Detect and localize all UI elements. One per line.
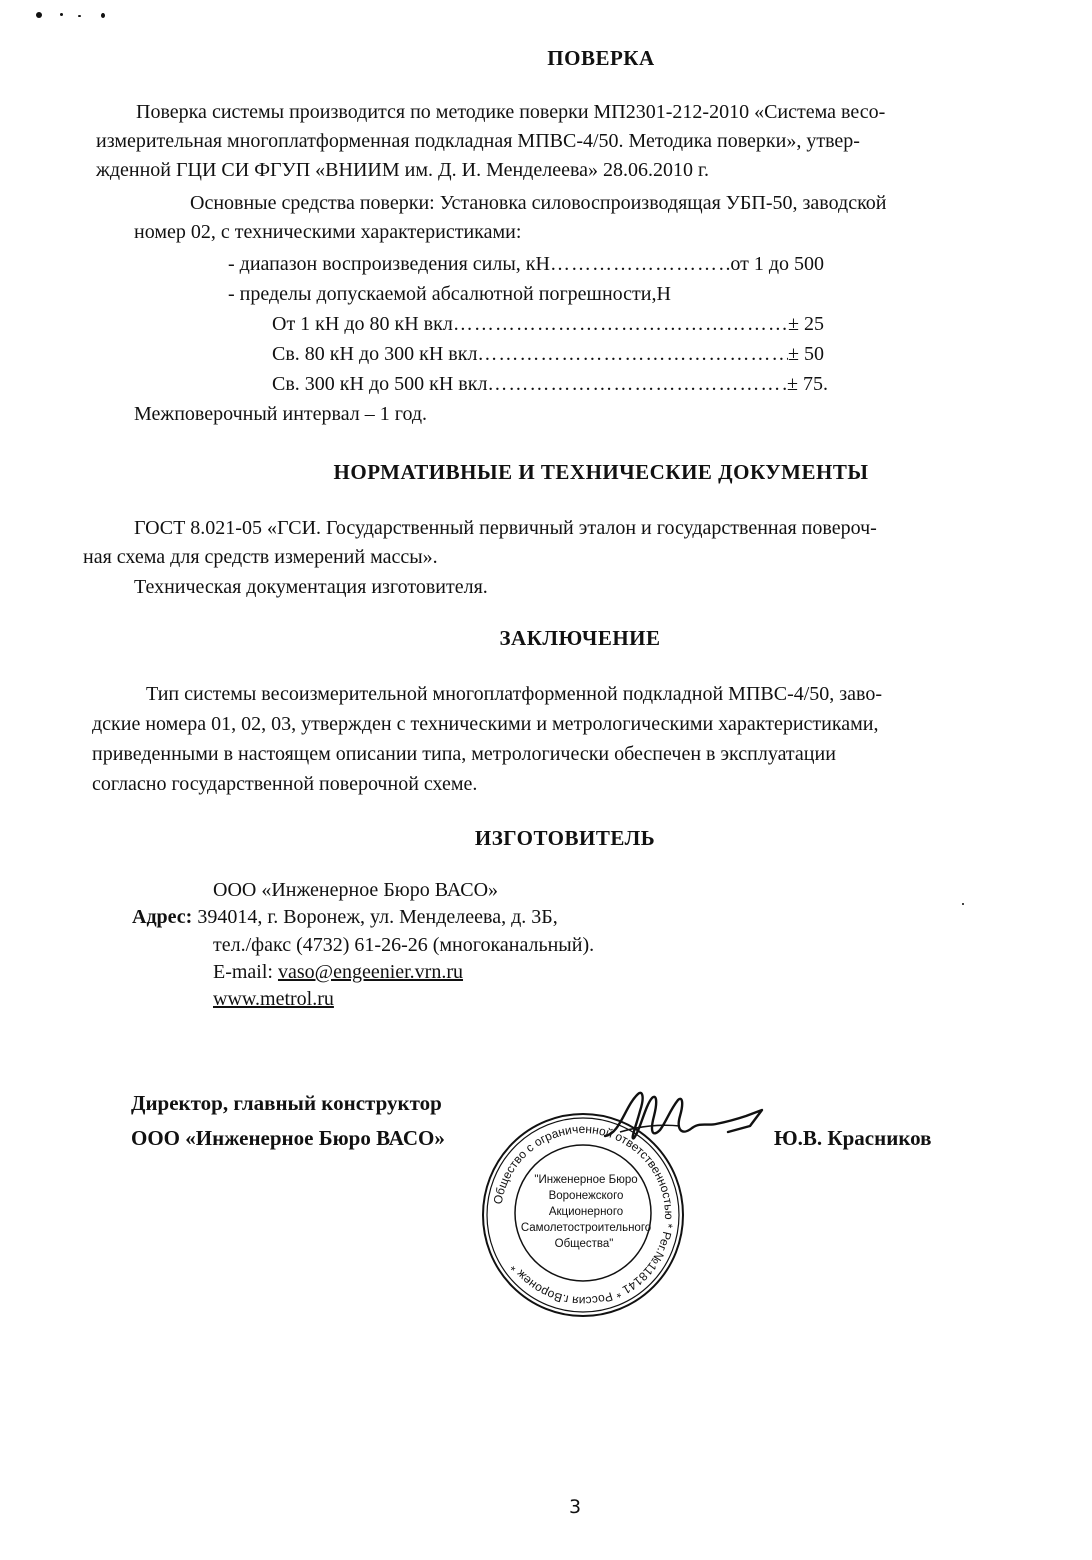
section-title-manufacturer: ИЗГОТОВИТЕЛЬ xyxy=(0,826,1092,851)
dot-leader: ………………………………… xyxy=(550,250,730,279)
conclusion-line1: Тип системы весоизмерительной многоплатф… xyxy=(146,680,1054,709)
error-limit-row: Св. 300 кН до 500 кН вкл ………………………………………… xyxy=(272,370,828,399)
address-label: Адрес: xyxy=(132,906,192,928)
svg-text:Самолетостроительного: Самолетостроительного xyxy=(521,1222,651,1234)
address-value: 394014, г. Воронеж, ул. Менделеева, д. 3… xyxy=(197,906,557,928)
range-value: ± 50 xyxy=(788,340,824,369)
range-label: От 1 кН до 80 кН вкл xyxy=(272,310,453,339)
normative-line3: Техническая документация изготовителя. xyxy=(134,573,488,602)
manufacturer-address-row: Адрес: 394014, г. Воронеж, ул. Менделеев… xyxy=(132,903,558,932)
error-limit-row: От 1 кН до 80 кН вкл …………………………………………………… xyxy=(272,310,824,339)
manufacturer-phone: тел./факс (4732) 61-26-26 (многоканальны… xyxy=(213,931,594,960)
signatory-name: Ю.В. Красников xyxy=(774,1124,931,1153)
manufacturer-email-row: E-mail: vaso@engeenier.vrn.ru xyxy=(213,958,463,987)
spec-value: от 1 до 500 xyxy=(730,250,824,279)
spec-force-range: - диапазон воспроизведения силы, кН …………… xyxy=(228,250,824,279)
conclusion-line3: приведенными в настоящем описании типа, … xyxy=(92,740,1060,769)
spec-label: - диапазон воспроизведения силы, кН xyxy=(228,250,550,279)
section-title-conclusion: ЗАКЛЮЧЕНИЕ xyxy=(0,626,1092,651)
website-link[interactable]: www.metrol.ru xyxy=(213,985,334,1014)
verification-para2-line2: номер 02, с техническими характеристикам… xyxy=(134,218,521,247)
signatory-company: ООО «Инженерное Бюро ВАСО» xyxy=(131,1124,445,1153)
svg-text:Акционерного: Акционерного xyxy=(549,1206,623,1218)
section-title-normative: НОРМАТИВНЫЕ И ТЕХНИЧЕСКИЕ ДОКУМЕНТЫ xyxy=(0,460,1092,485)
verification-para1-line1: Поверка системы производится по методике… xyxy=(136,98,1054,127)
scan-speck xyxy=(962,903,964,905)
signature-icon xyxy=(600,1086,770,1156)
verification-para1-line3: жденной ГЦИ СИ ФГУП «ВНИИМ им. Д. И. Мен… xyxy=(96,156,709,185)
conclusion-line2: дские номера 01, 02, 03, утвержден с тех… xyxy=(92,710,1060,739)
normative-line2: ная схема для средств измерений массы». xyxy=(83,543,438,572)
svg-text:Воронежского: Воронежского xyxy=(549,1190,624,1202)
email-link[interactable]: vaso@engeenier.vrn.ru xyxy=(278,961,463,983)
verification-para1-line2: измерительная многоплатформенная подклад… xyxy=(96,127,1054,156)
signatory-position: Директор, главный конструктор xyxy=(131,1089,442,1118)
email-label: E-mail: xyxy=(213,961,278,983)
verification-para2-line1: Основные средства поверки: Установка сил… xyxy=(190,189,886,218)
section-title-verification: ПОВЕРКА xyxy=(0,46,1092,71)
page-number: 3 xyxy=(0,1496,1092,1518)
verification-interval: Межповерочный интервал – 1 год. xyxy=(134,400,427,429)
manufacturer-company: ООО «Инженерное Бюро ВАСО» xyxy=(213,876,498,905)
range-value: ± 75. xyxy=(787,370,828,399)
range-value: ± 25 xyxy=(788,310,824,339)
range-label: Св. 300 кН до 500 кН вкл xyxy=(272,370,487,399)
dot-leader: …………………………………………………………… xyxy=(477,340,788,369)
svg-text:Общества": Общества" xyxy=(555,1238,614,1250)
error-limit-row: Св. 80 кН до 300 кН вкл …………………………………………… xyxy=(272,340,824,369)
conclusion-line4: согласно государственной поверочной схем… xyxy=(92,770,477,799)
range-label: Св. 80 кН до 300 кН вкл xyxy=(272,340,477,369)
dot-leader: …………………………………………………………… xyxy=(487,370,787,399)
normative-line1: ГОСТ 8.021-05 «ГСИ. Государственный перв… xyxy=(134,514,1022,543)
dot-leader: …………………………………………………………… xyxy=(453,310,788,339)
spec-error-limits-label: - пределы допускаемой абсалютной погрешн… xyxy=(228,280,671,309)
svg-text:"Инженерное Бюро: "Инженерное Бюро xyxy=(534,1174,637,1186)
